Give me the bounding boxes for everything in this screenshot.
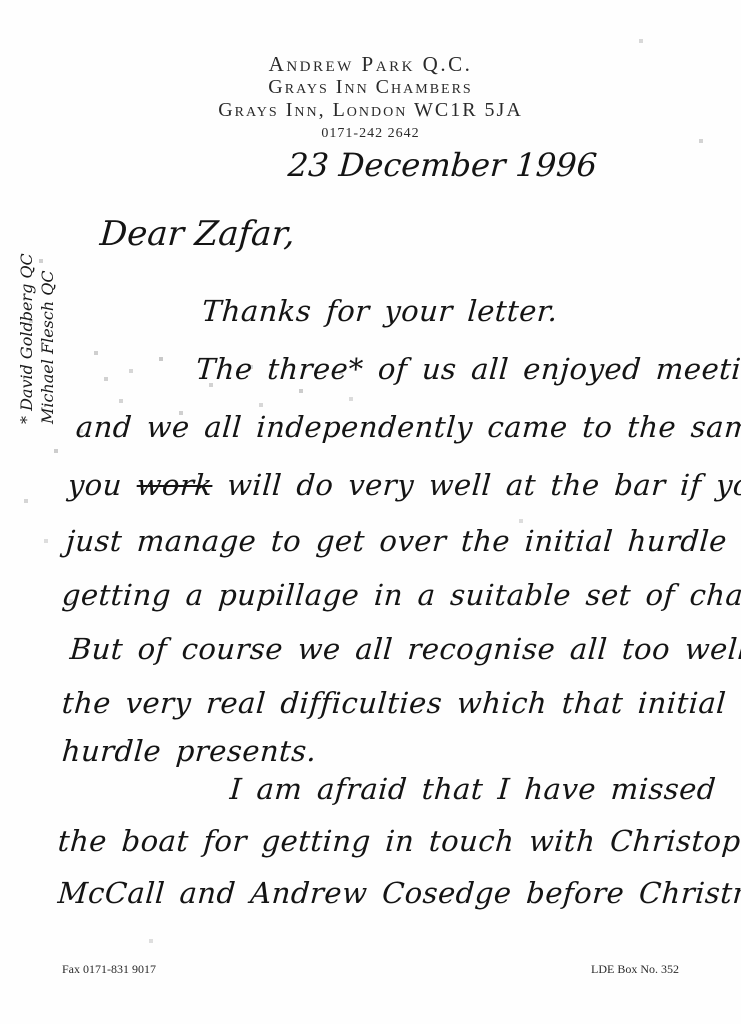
body-line-post: will do very well at the bar if you can: [211, 468, 741, 502]
body-line: I am afraid that I have missed: [229, 772, 717, 806]
body-line-pre: you: [67, 468, 138, 502]
margin-note: * David Goldberg QC Michael Flesch QC: [16, 224, 58, 424]
body-line: getting a pupillage in a suitable set of…: [61, 578, 741, 612]
body-line: the very real difficulties which that in…: [61, 686, 728, 720]
letterhead-phone: 0171-242 2642: [0, 123, 741, 145]
handwritten-date: 23 December 1996: [287, 146, 599, 184]
letterhead: Andrew Park Q.C. Grays Inn Chambers Gray…: [0, 52, 741, 145]
body-line: McCall and Andrew Cosedge before Christm…: [57, 876, 741, 910]
letterhead-chambers: Grays Inn Chambers: [0, 76, 741, 99]
body-line: The three* of us all enjoyed meeting you…: [195, 352, 741, 386]
body-line: the boat for getting in touch with Chris…: [57, 824, 741, 858]
body-line: just manage to get over the initial hurd…: [65, 524, 741, 558]
body-line: hurdle presents.: [61, 734, 318, 768]
scan-noise: [0, 0, 2, 2]
struck-word: work: [136, 468, 214, 502]
body-line: Thanks for your letter.: [201, 294, 559, 328]
body-line: and we all independently came to the sam…: [75, 410, 741, 444]
body-line: But of course we all recognise all too w…: [69, 632, 741, 666]
letterhead-address: Grays Inn, London WC1R 5JA: [0, 99, 741, 122]
salutation: Dear Zafar,: [99, 214, 297, 254]
body-line: you work will do very well at the bar if…: [67, 468, 741, 502]
margin-note-line1: * David Goldberg QC: [16, 224, 37, 424]
margin-note-line2: Michael Flesch QC: [37, 224, 58, 424]
footer-box-number: LDE Box No. 352: [591, 962, 679, 977]
letterhead-name: Andrew Park Q.C.: [0, 52, 741, 76]
footer-fax: Fax 0171-831 9017: [62, 962, 156, 977]
letter-page: Andrew Park Q.C. Grays Inn Chambers Gray…: [0, 0, 741, 1024]
